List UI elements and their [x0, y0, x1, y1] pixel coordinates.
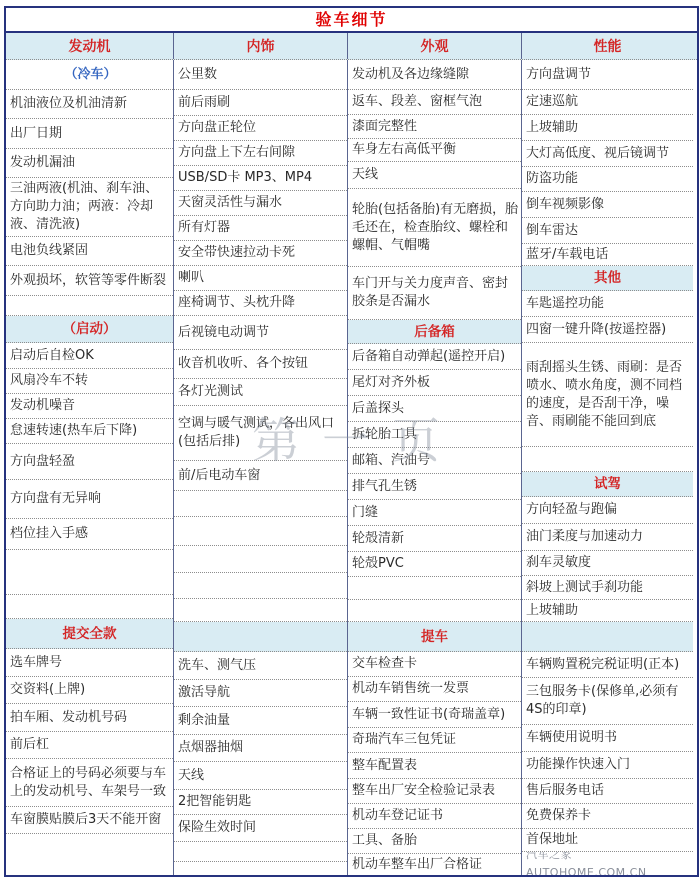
table-cell: 发动机及各边缘缝隙: [348, 60, 521, 90]
table-cell: 座椅调节、头枕升降: [174, 291, 347, 316]
table-cell: 前/后电动车窗: [174, 461, 347, 491]
table-cell: 交车检查卡: [348, 652, 521, 677]
table-cell: 剩余油量: [174, 707, 347, 735]
table-cell: 外观损坏，软管等零件断裂: [6, 266, 173, 296]
cell-label: USB/SD卡 MP3、MP4: [178, 169, 312, 187]
table-cell: 门缝: [348, 500, 521, 526]
table-cell: 雨刮摇头生锈、雨刷：是否喷水、喷水角度，测不同档的速度，是否刮干净，噪音、雨刷能…: [522, 343, 693, 447]
empty-cell: [6, 595, 173, 619]
table-body: （冷车）机油液位及机油清新出厂日期发动机漏油三油两液(机油、刹车油、方向助力油；…: [6, 60, 697, 875]
cell-label: 拍车厢、发动机号码: [10, 709, 127, 727]
cell-label: 刹车灵敏度: [526, 554, 591, 572]
table-cell: 车窗膜贴膜后3天不能开窗: [6, 807, 173, 834]
cell-label: 售后服务电话: [526, 782, 604, 800]
cell-label: 机动车销售统一发票: [352, 680, 469, 698]
cell-label: 车辆购置税完税证明(正本): [526, 656, 679, 674]
cell-label: 发动机噪音: [10, 397, 75, 415]
cell-label: 车辆一致性证书(奇瑞盖章): [352, 706, 505, 724]
cell-label: 点烟器抽烟: [178, 739, 243, 757]
cell-label: 各灯光测试: [178, 383, 243, 401]
cell-label: 档位挂入手感: [10, 525, 88, 543]
table-cell: 收音机收听、各个按钮: [174, 350, 347, 379]
table-cell: 三油两液(机油、刹车油、方向助力油；两液：冷却液、清洗液): [6, 178, 173, 237]
column-header-1: 发动机: [6, 33, 174, 59]
cell-label: 上坡辅助: [526, 602, 578, 620]
cell-label: （冷车）: [64, 66, 116, 84]
cell-label: 机动车登记证书: [352, 807, 443, 825]
table-cell: 倒车雷达: [522, 218, 693, 244]
table-cell: 洗车、测气压: [174, 652, 347, 680]
cell-label: 车辆使用说明书: [526, 729, 617, 747]
empty-cell: [6, 296, 173, 316]
table-cell: 定速巡航: [522, 90, 693, 115]
cell-label: 邮箱、汽油号: [352, 452, 430, 470]
table-cell: 后备箱自动弹起(遥控开启): [348, 344, 521, 370]
table-cell: 免费保养卡: [522, 804, 693, 829]
cell-label: 所有灯器: [178, 219, 230, 237]
table-cell: 刹车灵敏度: [522, 551, 693, 576]
table-cell: 车身左右高低平衡: [348, 139, 521, 162]
column-1: （冷车）机油液位及机油清新出厂日期发动机漏油三油两液(机油、刹车油、方向助力油；…: [6, 60, 174, 875]
cell-label: 前/后电动车窗: [178, 467, 260, 485]
cell-label: 上坡辅助: [526, 119, 578, 137]
table-cell: 档位挂入手感: [6, 519, 173, 550]
cell-label: 选车牌号: [10, 654, 62, 672]
cell-label: 方向盘有无异响: [10, 490, 101, 508]
table-cell: 后盖探头: [348, 396, 521, 422]
cell-label: 三油两液(机油、刹车油、方向助力油；两液：冷却液、清洗液): [10, 180, 171, 234]
cell-label: 方向盘轻盈: [10, 453, 75, 471]
cell-label: 安全带快速拉动卡死: [178, 244, 295, 262]
cell-label: 保险生效时间: [178, 819, 256, 837]
table-cell: 四窗一键升降(按遥控器): [522, 317, 693, 343]
table-cell: 车匙遥控功能: [522, 291, 693, 317]
table-cell: 上坡辅助: [522, 600, 693, 622]
table-cell: USB/SD卡 MP3、MP4: [174, 166, 347, 191]
cell-label: 倒车视频影像: [526, 196, 604, 214]
cell-label: 发动机漏油: [10, 154, 75, 172]
section-header: 提交全款: [6, 619, 173, 649]
table-cell: 返车、段差、窗框气泡: [348, 90, 521, 115]
table-cell: 尾灯对齐外板: [348, 370, 521, 396]
cell-label: 喇叭: [178, 269, 204, 287]
cell-label: 返车、段差、窗框气泡: [352, 93, 482, 111]
cell-label: 出厂日期: [10, 125, 62, 143]
empty-cell: [174, 491, 347, 517]
cell-label: 机动车整车出厂合格证: [352, 856, 482, 874]
empty-cell: [174, 842, 347, 862]
table-cell: 公里数: [174, 60, 347, 90]
section-header: 试驾: [522, 472, 693, 497]
table-cell: 电池负线紧固: [6, 237, 173, 266]
cell-label: 雨刮摇头生锈、雨刷：是否喷水、喷水角度，测不同档的速度，是否刮干净，噪音、雨刷能…: [526, 359, 691, 431]
cell-label: 轮殻PVC: [352, 555, 404, 573]
empty-cell: [174, 862, 347, 875]
table-cell: 上坡辅助: [522, 115, 693, 141]
cell-label: 车门开与关力度声音、密封胶条是否漏水: [352, 275, 519, 311]
cell-label: 提车: [421, 628, 448, 646]
table-cell: 整车出厂安全检验记录表: [348, 779, 521, 804]
table-cell: 各灯光测试: [174, 379, 347, 406]
table-cell: 风扇冷车不转: [6, 369, 173, 394]
table-cell: 轮胎(包括备胎)有无磨损，胎毛还在，检查胎纹、螺栓和螺帽、气帽嘴: [348, 189, 521, 267]
table-cell: 蓝牙/车载电话: [522, 244, 693, 266]
table-cell: 机动车整车出厂合格证: [348, 854, 521, 875]
cell-label: （启动）: [63, 320, 117, 338]
cell-label: 功能操作快速入门: [526, 756, 630, 774]
table-cell: 倒车视频影像: [522, 192, 693, 218]
empty-cell: [174, 599, 347, 622]
table-cell: 发动机漏油: [6, 149, 173, 178]
cell-label: 前后杠: [10, 736, 49, 754]
table-cell: 拍车厢、发动机号码: [6, 704, 173, 732]
cell-label: 车匙遥控功能: [526, 295, 604, 313]
cell-label: 空调与暖气测试，各出风口(包括后排): [178, 415, 345, 451]
table-cell: 天线: [348, 162, 521, 189]
cell-label: 交车检查卡: [352, 655, 417, 673]
table-cell: 喇叭: [174, 266, 347, 291]
column-note: （冷车）: [6, 60, 173, 90]
cell-label: 风扇冷车不转: [10, 372, 88, 390]
cell-label: 天窗灵活性与漏水: [178, 194, 282, 212]
table-cell: 方向盘正轮位: [174, 116, 347, 141]
table-cell: 方向盘调节: [522, 60, 693, 90]
table-cell: 保险生效时间: [174, 815, 347, 842]
cell-label: 轮胎(包括备胎)有无磨损，胎毛还在，检查胎纹、螺栓和螺帽、气帽嘴: [352, 201, 519, 255]
empty-cell: [6, 834, 173, 875]
table-cell: 后视镜电动调节: [174, 316, 347, 350]
cell-label: 发动机及各边缘缝隙: [352, 66, 469, 84]
cell-label: 整车配置表: [352, 757, 417, 775]
section-band: [174, 622, 347, 652]
cell-label: 定速巡航: [526, 93, 578, 111]
cell-label: 车窗膜贴膜后3天不能开窗: [10, 811, 161, 829]
section-header: 其他: [522, 266, 693, 291]
cell-label: 方向盘正轮位: [178, 119, 256, 137]
table-cell: 前后杠: [6, 732, 173, 759]
column-header-4: 性能: [522, 33, 693, 59]
table-cell: 油门柔度与加速动力: [522, 524, 693, 551]
table-cell: 机动车销售统一发票: [348, 677, 521, 702]
table-cell: 前后雨刷: [174, 90, 347, 116]
cell-label: 方向盘调节: [526, 66, 591, 84]
cell-label: 后备箱: [414, 323, 455, 341]
column-header-row: 发动机内饰外观性能: [6, 33, 697, 60]
page: 验车细节 发动机内饰外观性能 （冷车）机油液位及机油清新出厂日期发动机漏油三油两…: [0, 0, 700, 880]
table-cell: 车门开与关力度声音、密封胶条是否漏水: [348, 267, 521, 320]
table-cell: 天线: [174, 762, 347, 790]
cell-label: 座椅调节、头枕升降: [178, 294, 295, 312]
cell-label: 后视镜电动调节: [178, 324, 269, 342]
cell-label: 公里数: [178, 66, 217, 84]
table-cell: 功能操作快速入门: [522, 752, 693, 779]
empty-cell: [174, 573, 347, 599]
cell-label: 机油液位及机油清新: [10, 95, 127, 113]
column-2: 公里数前后雨刷方向盘正轮位方向盘上下左右间隙USB/SD卡 MP3、MP4天窗灵…: [174, 60, 348, 875]
column-header-3: 外观: [348, 33, 522, 59]
section-header: 后备箱: [348, 320, 521, 344]
cell-label: 油门柔度与加速动力: [526, 528, 643, 546]
inspection-checklist-table: 验车细节 发动机内饰外观性能 （冷车）机油液位及机油清新出厂日期发动机漏油三油两…: [4, 6, 699, 877]
cell-label: 轮殻清新: [352, 530, 404, 548]
cell-label: 方向轻盈与跑偏: [526, 501, 617, 519]
table-cell: 方向盘上下左右间隙: [174, 141, 347, 166]
cell-label: 方向盘上下左右间隙: [178, 144, 295, 162]
cell-label: 提交全款: [63, 625, 117, 643]
cell-label: 防盗功能: [526, 170, 578, 188]
table-cell: 机油液位及机油清新: [6, 90, 173, 119]
table-cell: 邮箱、汽油号: [348, 448, 521, 474]
table-cell: 三包服务卡(保修单,必须有4S的印章): [522, 678, 693, 725]
table-cell: 整车配置表: [348, 753, 521, 779]
cell-label: 整车出厂安全检验记录表: [352, 782, 495, 800]
cell-label: 尾灯对齐外板: [352, 374, 430, 392]
table-cell: 点烟器抽烟: [174, 735, 347, 762]
cell-label: 天线: [178, 767, 204, 785]
table-cell: 车辆一致性证书(奇瑞盖章): [348, 702, 521, 728]
table-cell: 车辆购置税完税证明(正本): [522, 652, 693, 678]
column-3: 发动机及各边缘缝隙返车、段差、窗框气泡漆面完整性车身左右高低平衡天线轮胎(包括备…: [348, 60, 522, 875]
cell-label: 拆轮胎工具: [352, 426, 417, 444]
cell-label: 合格证上的号码必须要与车上的发动机号、车架号一致: [10, 765, 171, 801]
table-cell: 出厂日期: [6, 119, 173, 149]
table-cell: 安全带快速拉动卡死: [174, 241, 347, 266]
cell-label: 工具、备胎: [352, 832, 417, 850]
empty-cell: [348, 600, 521, 622]
table-cell: 启动后自检OK: [6, 343, 173, 369]
cell-label: 洗车、测气压: [178, 657, 256, 675]
table-cell: 轮殻PVC: [348, 552, 521, 577]
column-4: 方向盘调节定速巡航上坡辅助大灯高低度、视后镜调节防盗功能倒车视频影像倒车雷达蓝牙…: [522, 60, 693, 875]
cell-label: 免费保养卡: [526, 807, 591, 825]
cell-label: 其他: [594, 269, 621, 287]
cell-label: 蓝牙/车载电话: [526, 246, 608, 264]
cell-label: 后备箱自动弹起(遥控开启): [352, 348, 505, 366]
empty-cell: [174, 517, 347, 546]
table-cell: 2把智能钥匙: [174, 790, 347, 815]
table-cell: 天窗灵活性与漏水: [174, 191, 347, 216]
section-header: （启动）: [6, 316, 173, 343]
cell-label: 奇瑞汽车三包凭证: [352, 731, 456, 749]
table-cell: 激活导航: [174, 680, 347, 707]
cell-label: 启动后自检OK: [10, 347, 94, 365]
cell-label: 2把智能钥匙: [178, 793, 251, 811]
table-cell: 工具、备胎: [348, 829, 521, 854]
table-cell: 漆面完整性: [348, 115, 521, 139]
table-cell: 方向盘有无异响: [6, 480, 173, 519]
cell-label: 前后雨刷: [178, 94, 230, 112]
table-cell: 轮殻清新: [348, 526, 521, 552]
table-cell: 合格证上的号码必须要与车上的发动机号、车架号一致: [6, 759, 173, 807]
table-cell: 选车牌号: [6, 649, 173, 677]
table-cell: 发动机噪音: [6, 394, 173, 419]
cell-label: 激活导航: [178, 684, 230, 702]
table-cell: 防盗功能: [522, 167, 693, 192]
cell-label: 三包服务卡(保修单,必须有4S的印章): [526, 683, 691, 719]
section-header: 提车: [348, 622, 521, 652]
cell-label: 剩余油量: [178, 712, 230, 730]
cell-label: 车身左右高低平衡: [352, 141, 456, 159]
empty-cell: [522, 447, 693, 472]
table-cell: 所有灯器: [174, 216, 347, 241]
cell-label: 首保地址: [526, 831, 578, 849]
cell-label: 漆面完整性: [352, 118, 417, 136]
cell-label: 汽车之家 AUTOHOME.COM.CN: [526, 852, 690, 875]
cell-label: 怠速转速(热车后下降): [10, 422, 137, 440]
table-cell: 斜坡上测试手刹功能: [522, 576, 693, 600]
cell-label: 倒车雷达: [526, 222, 578, 240]
table-cell: 排气孔生锈: [348, 474, 521, 500]
table-cell: 拆轮胎工具: [348, 422, 521, 448]
table-cell: 交资料(上牌): [6, 677, 173, 704]
cell-label: 电池负线紧固: [10, 242, 88, 260]
table-cell: 方向轻盈与跑偏: [522, 497, 693, 524]
cell-label: 四窗一键升降(按遥控器): [526, 321, 666, 339]
cell-label: 外观损坏，软管等零件断裂: [10, 272, 166, 290]
cell-label: 门缝: [352, 504, 378, 522]
table-cell: 怠速转速(热车后下降): [6, 419, 173, 444]
table-cell: 机动车登记证书: [348, 804, 521, 829]
table-cell: 车辆使用说明书: [522, 725, 693, 752]
empty-cell: [6, 550, 173, 595]
empty-cell: [348, 577, 521, 600]
table-cell: 售后服务电话: [522, 779, 693, 804]
section-band: [522, 622, 693, 652]
table-cell: 方向盘轻盈: [6, 444, 173, 480]
page-title: 验车细节: [6, 8, 697, 33]
table-cell: 首保地址: [522, 829, 693, 852]
empty-cell: [174, 546, 347, 573]
table-cell: 奇瑞汽车三包凭证: [348, 728, 521, 753]
cell-label: 试驾: [594, 475, 621, 493]
cell-label: 交资料(上牌): [10, 681, 85, 699]
table-cell: 大灯高低度、视后镜调节: [522, 141, 693, 167]
cell-label: 排气孔生锈: [352, 478, 417, 496]
column-header-2: 内饰: [174, 33, 348, 59]
cell-label: 收音机收听、各个按钮: [178, 355, 308, 373]
cell-label: 天线: [352, 166, 378, 184]
cell-label: 后盖探头: [352, 400, 404, 418]
cell-label: 斜坡上测试手刹功能: [526, 579, 643, 597]
cell-label: 大灯高低度、视后镜调节: [526, 145, 669, 163]
table-cell: 空调与暖气测试，各出风口(包括后排): [174, 406, 347, 461]
brand-watermark: 汽车之家 AUTOHOME.COM.CN: [522, 852, 693, 875]
